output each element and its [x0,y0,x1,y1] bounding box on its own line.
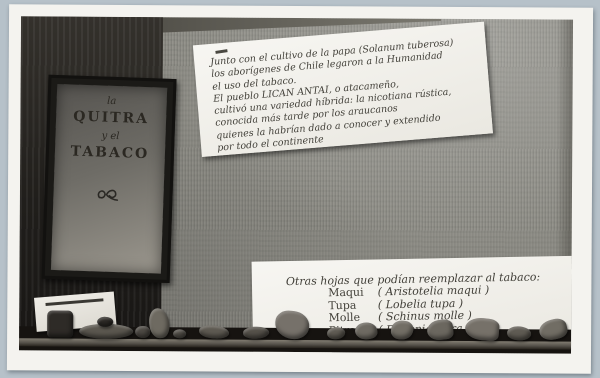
artifact-small-stone-2 [173,329,186,338]
artifact-small-stone-3 [327,327,345,339]
artifact-angled-pipe [537,317,569,343]
exhibit-scene: la QUITRA y el TABACO Junto con el culti… [19,16,573,353]
artifact-flat-stone-1 [243,326,269,339]
artifact-pipe-fragment-2 [390,319,415,341]
artifact-pipe-fragment-1 [354,321,379,341]
artifact-stone-cluster [199,325,230,340]
artifact-flat-stone-2 [507,326,531,340]
artifact-knobby-rock [274,309,310,340]
artifact-cylinder-vessel [47,310,73,337]
photograph: la QUITRA y el TABACO Junto con el culti… [7,4,593,374]
artifact-disc-knob [97,317,113,327]
artifact-pipe-horn [464,317,500,342]
artifact-upright-pipe [148,308,170,339]
shelf-artifacts [19,16,573,353]
artifact-small-stone-1 [135,326,150,338]
artifact-pipe-elbow [426,319,454,341]
